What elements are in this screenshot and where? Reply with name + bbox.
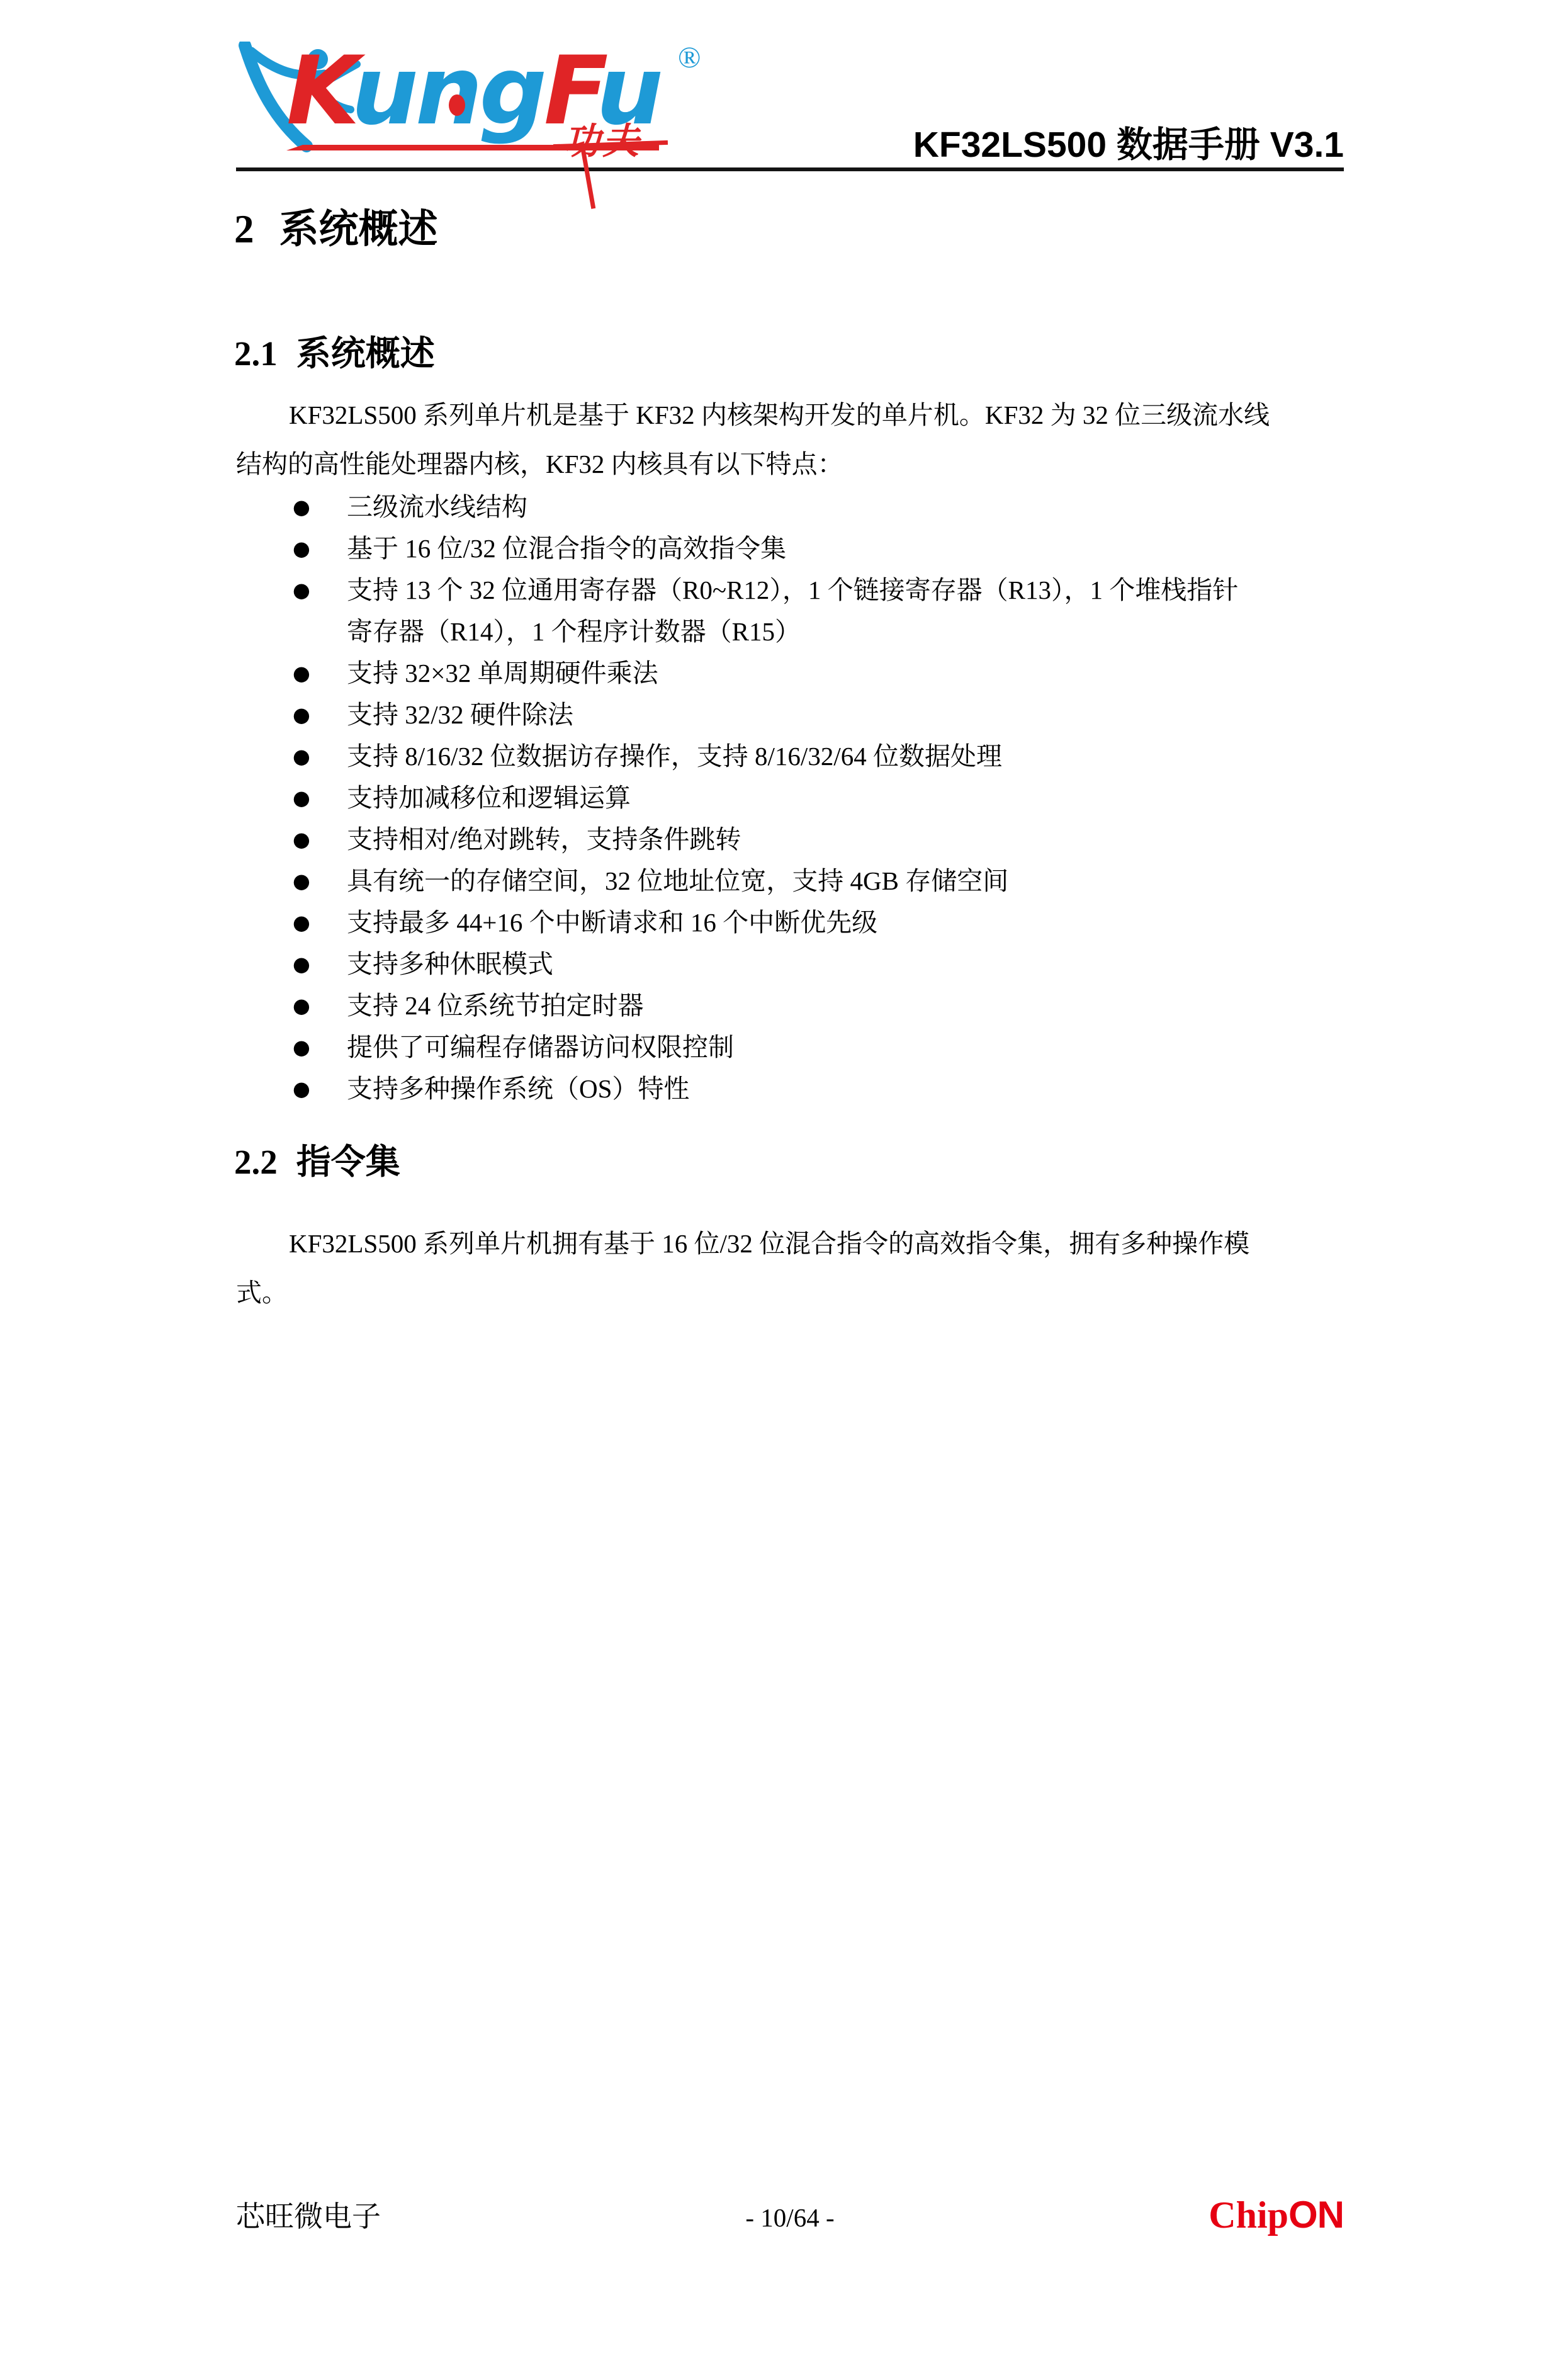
bullet-icon: ●: [236, 943, 347, 985]
feature-text: 支持多种操作系统（OS）特性: [347, 1068, 1344, 1109]
feature-item: ●支持最多 44+16 个中断请求和 16 个中断优先级: [236, 902, 1344, 943]
feature-item: ●支持 32×32 单周期硬件乘法: [236, 652, 1344, 694]
feature-item: ●支持多种休眠模式: [236, 943, 1344, 985]
bullet-icon: ●: [236, 1026, 347, 1068]
feature-item: ●支持加减移位和逻辑运算: [236, 777, 1344, 819]
section-title: 指令集: [296, 1143, 400, 1181]
bullet-icon: ●: [236, 528, 347, 569]
feature-text: 基于 16 位/32 位混合指令的高效指令集: [347, 528, 1344, 569]
footer-page-number: - 10/64 -: [745, 2205, 834, 2231]
section-2-1-paragraph: KF32LS500 系列单片机是基于 KF32 内核架构开发的单片机。KF32 …: [236, 390, 1344, 489]
feature-item: ●提供了可编程存储器访问权限控制: [236, 1026, 1344, 1068]
feature-item: ●支持 32/32 硬件除法: [236, 694, 1344, 735]
section-title: 系统概述: [296, 334, 435, 373]
feature-text: 支持 24 位系统节拍定时器: [347, 985, 1344, 1026]
logo-letter: g: [480, 37, 544, 146]
section-2-heading: 2系统概述: [234, 208, 438, 251]
bullet-icon: ●: [236, 902, 347, 943]
section-2-2-heading: 2.2指令集: [234, 1143, 400, 1182]
footer-company: 芯旺微电子: [236, 2202, 381, 2231]
footer: 芯旺微电子 - 10/64 - ChipON: [236, 2195, 1344, 2252]
bullet-icon: ●: [236, 735, 347, 777]
logo-chinese-mark: 功夫: [563, 123, 641, 160]
feature-text: 支持 8/16/32 位数据访存操作，支持 8/16/32/64 位数据处理: [347, 735, 1344, 777]
feature-text: 支持 13 个 32 位通用寄存器（R0~R12），1 个链接寄存器（R13），…: [347, 569, 1344, 652]
section-number: 2: [234, 207, 254, 251]
bullet-icon: ●: [236, 860, 347, 902]
feature-text: 支持加减移位和逻辑运算: [347, 777, 1344, 819]
feature-item: ●支持多种操作系统（OS）特性: [236, 1068, 1344, 1109]
feature-item: ●三级流水线结构: [236, 486, 1344, 528]
feature-item: ●支持 24 位系统节拍定时器: [236, 985, 1344, 1026]
chipon-logo: ChipON: [1209, 2196, 1344, 2234]
section-number: 2.1: [234, 334, 278, 373]
feature-item: ●支持 8/16/32 位数据访存操作，支持 8/16/32/64 位数据处理: [236, 735, 1344, 777]
feature-text: 三级流水线结构: [347, 486, 1344, 528]
bullet-icon: ●: [236, 777, 347, 819]
feature-list: ●三级流水线结构 ●基于 16 位/32 位混合指令的高效指令集 ●支持 13 …: [236, 486, 1344, 1109]
feature-text: 支持相对/绝对跳转，支持条件跳转: [347, 819, 1344, 860]
bullet-icon: ●: [236, 694, 347, 735]
logo-letter: K: [286, 37, 351, 146]
section-title: 系统概述: [279, 207, 438, 251]
logo-g-dot: [449, 94, 465, 116]
bullet-icon: ●: [236, 819, 347, 860]
bullet-icon: ●: [236, 569, 347, 611]
feature-text: 支持 32×32 单周期硬件乘法: [347, 652, 1344, 694]
registered-trademark-icon: ®: [678, 43, 701, 73]
feature-item: ●支持 13 个 32 位通用寄存器（R0~R12），1 个链接寄存器（R13）…: [236, 569, 1344, 652]
bullet-icon: ●: [236, 652, 347, 694]
datasheet-page: KungFu ® 功夫 KF32LS500 数据手册 V3.1 2系统概述 2.…: [0, 0, 1561, 2380]
feature-text: 支持多种休眠模式: [347, 943, 1344, 985]
feature-text: 具有统一的存储空间，32 位地址位宽，支持 4GB 存储空间: [347, 860, 1344, 902]
section-number: 2.2: [234, 1143, 278, 1181]
bullet-icon: ●: [236, 985, 347, 1026]
logo-letter: n: [415, 37, 480, 146]
kungfu-logo: KungFu ® 功夫: [236, 37, 714, 207]
feature-item: ●基于 16 位/32 位混合指令的高效指令集: [236, 528, 1344, 569]
bullet-icon: ●: [236, 486, 347, 528]
feature-item: ●支持相对/绝对跳转，支持条件跳转: [236, 819, 1344, 860]
feature-text: 提供了可编程存储器访问权限控制: [347, 1026, 1344, 1068]
doc-title: KF32LS500 数据手册 V3.1: [913, 127, 1344, 163]
bullet-icon: ●: [236, 1068, 347, 1109]
section-2-1-heading: 2.1系统概述: [234, 335, 435, 373]
feature-text: 支持 32/32 硬件除法: [347, 694, 1344, 735]
feature-item: ●具有统一的存储空间，32 位地址位宽，支持 4GB 存储空间: [236, 860, 1344, 902]
chipon-on-text: ON: [1288, 2194, 1344, 2236]
feature-text: 支持最多 44+16 个中断请求和 16 个中断优先级: [347, 902, 1344, 943]
logo-letter: u: [351, 37, 415, 146]
chipon-chip-text: Chip: [1209, 2194, 1288, 2236]
section-2-2-paragraph: KF32LS500 系列单片机拥有基于 16 位/32 位混合指令的高效指令集，…: [236, 1219, 1344, 1317]
